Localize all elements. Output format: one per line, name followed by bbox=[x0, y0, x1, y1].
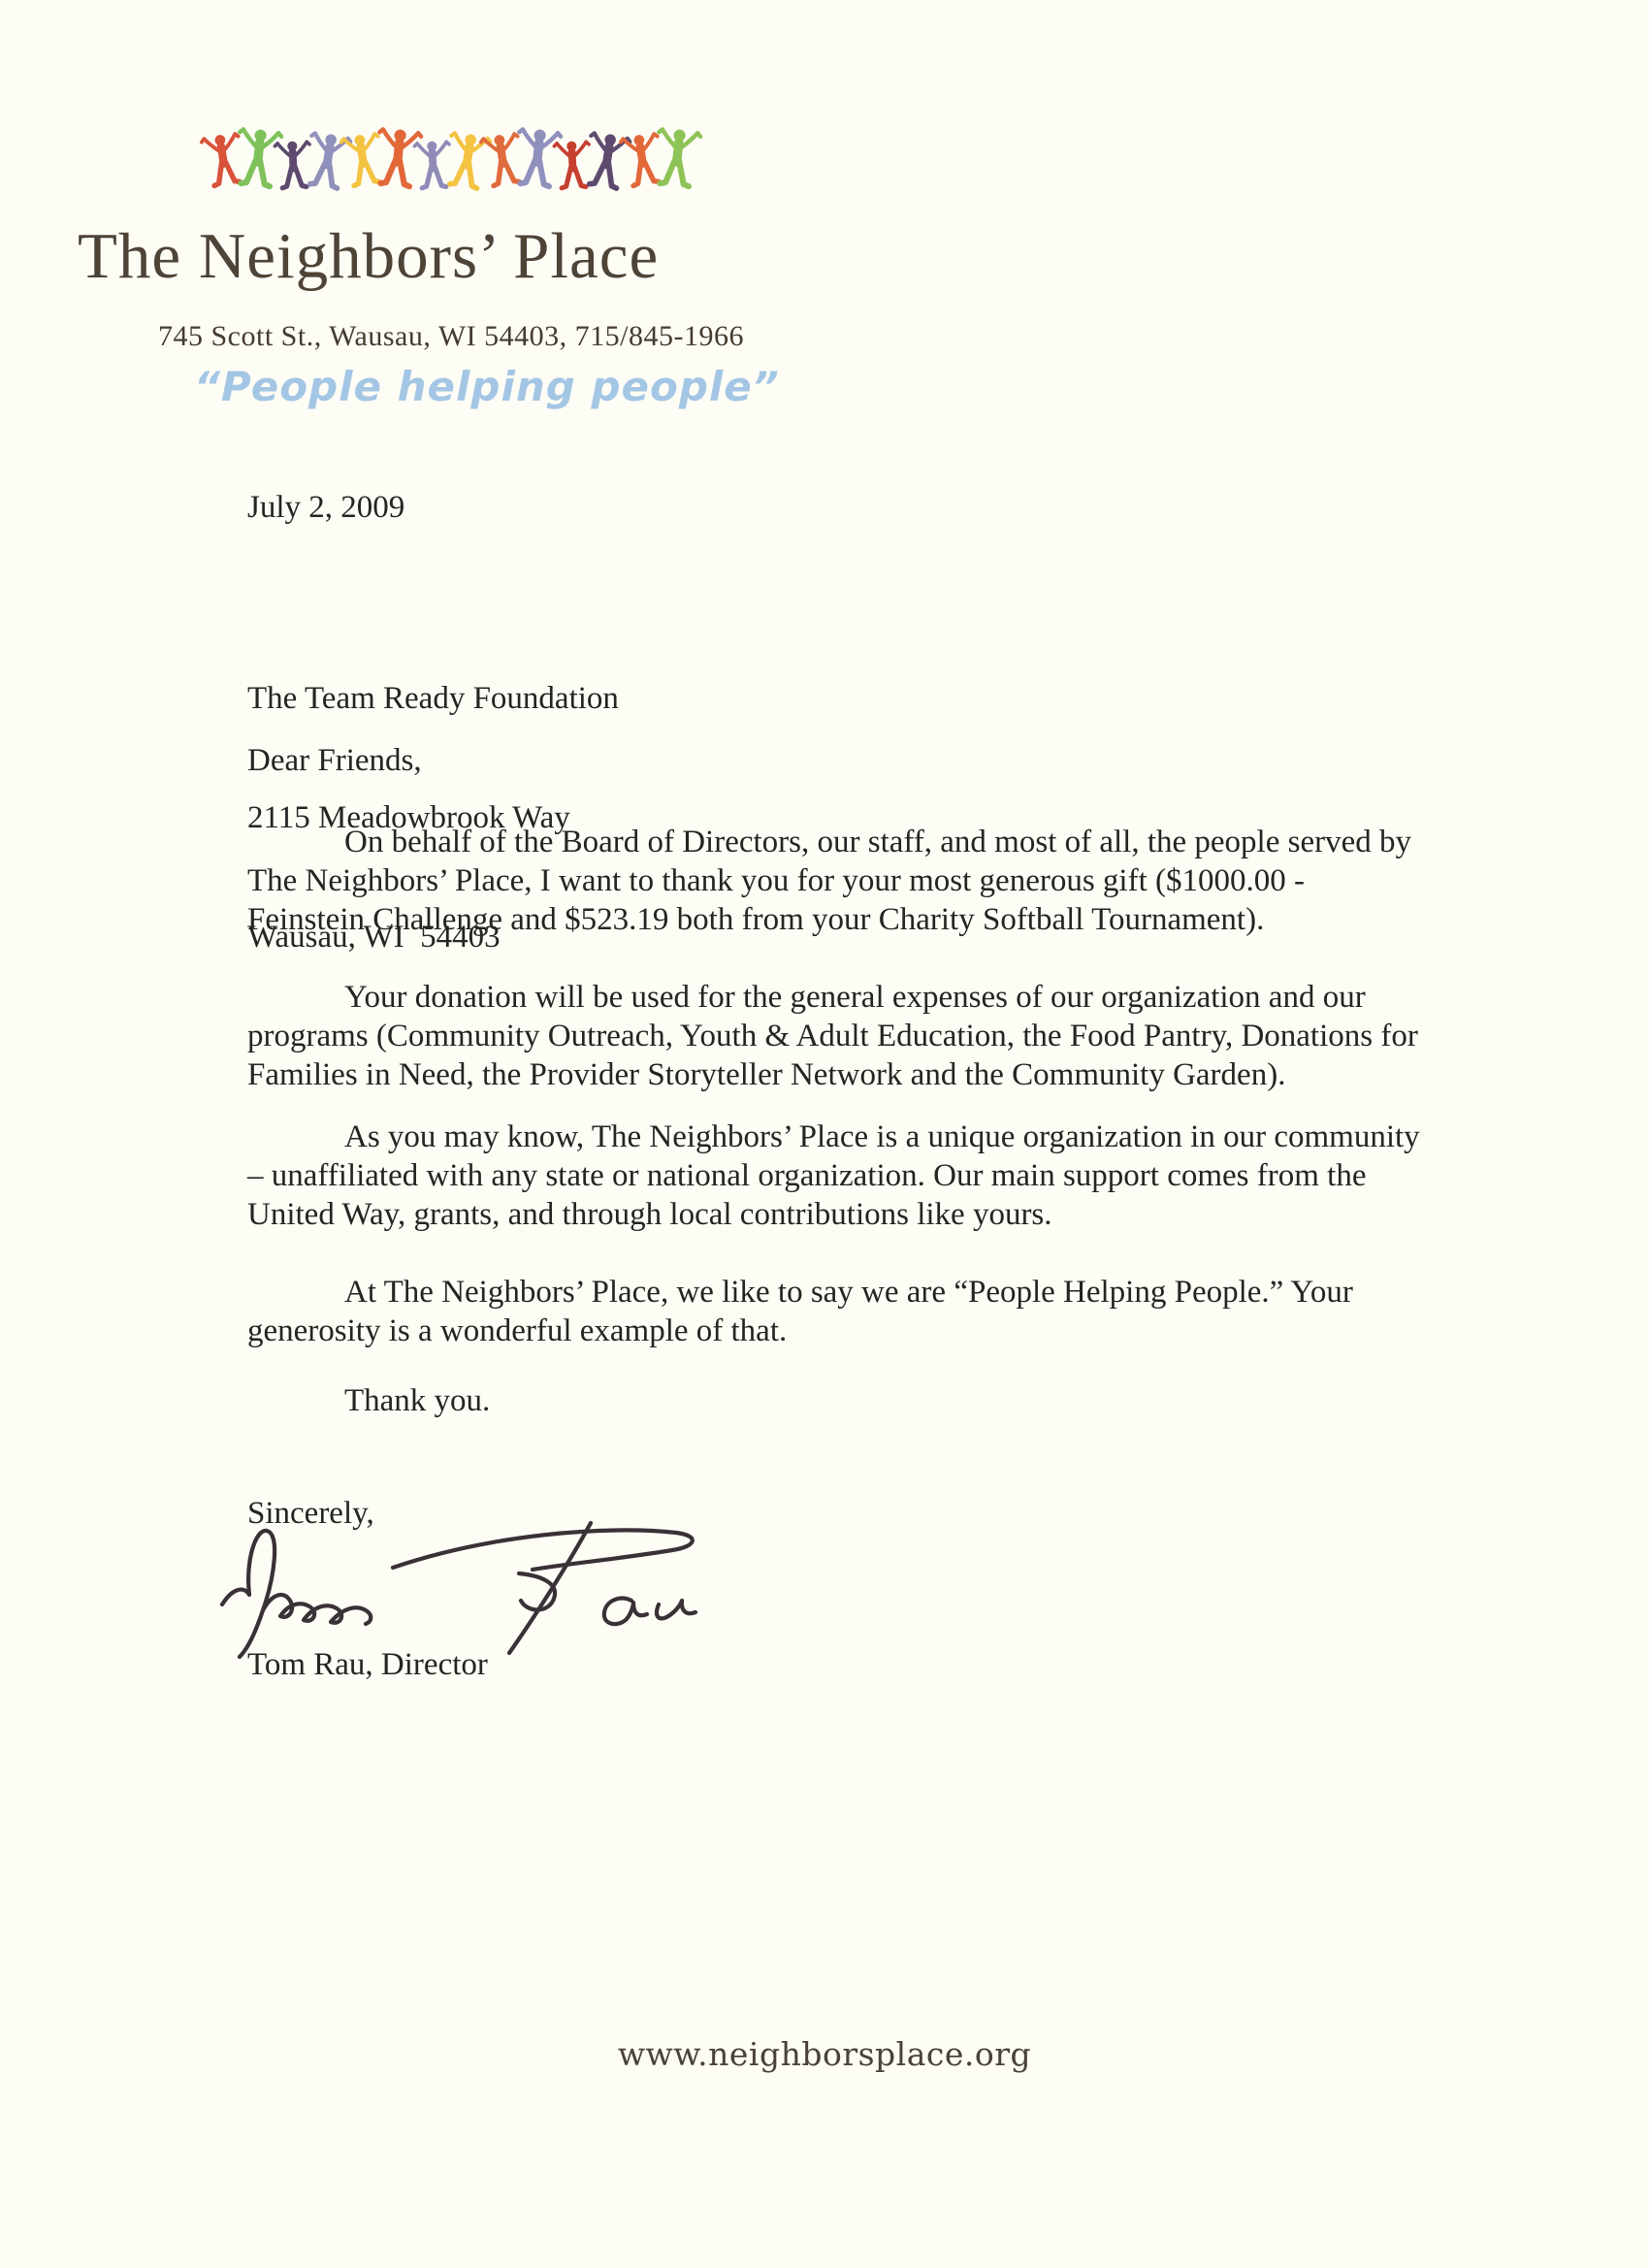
org-tagline: “People helping people” bbox=[194, 363, 780, 410]
org-address: 745 Scott St., Wausau, WI 54403, 715/845… bbox=[158, 320, 744, 353]
recipient-line: The Team Ready Foundation bbox=[247, 679, 619, 719]
body-paragraph: Your donation will be used for the gener… bbox=[247, 978, 1426, 1094]
signer-name: Tom Rau, Director bbox=[247, 1647, 488, 1683]
body-paragraph: As you may know, The Neighbors’ Place is… bbox=[247, 1118, 1426, 1234]
salutation: Dear Friends, bbox=[247, 743, 422, 779]
org-name: The Neighbors’ Place bbox=[78, 219, 659, 294]
website-url: www.neighborsplace.org bbox=[0, 2035, 1649, 2073]
thank-you-line: Thank you. bbox=[247, 1381, 1426, 1420]
recipient-address: The Team Ready Foundation 2115 Meadowbro… bbox=[247, 599, 619, 1037]
scanned-letter-page: The Neighbors’ Place 745 Scott St., Waus… bbox=[0, 0, 1649, 2268]
body-paragraph: On behalf of the Board of Directors, our… bbox=[247, 823, 1426, 939]
jumping-people-logo bbox=[206, 78, 695, 228]
letter-date: July 2, 2009 bbox=[247, 490, 404, 526]
body-paragraph: At The Neighbors’ Place, we like to say … bbox=[247, 1273, 1426, 1350]
